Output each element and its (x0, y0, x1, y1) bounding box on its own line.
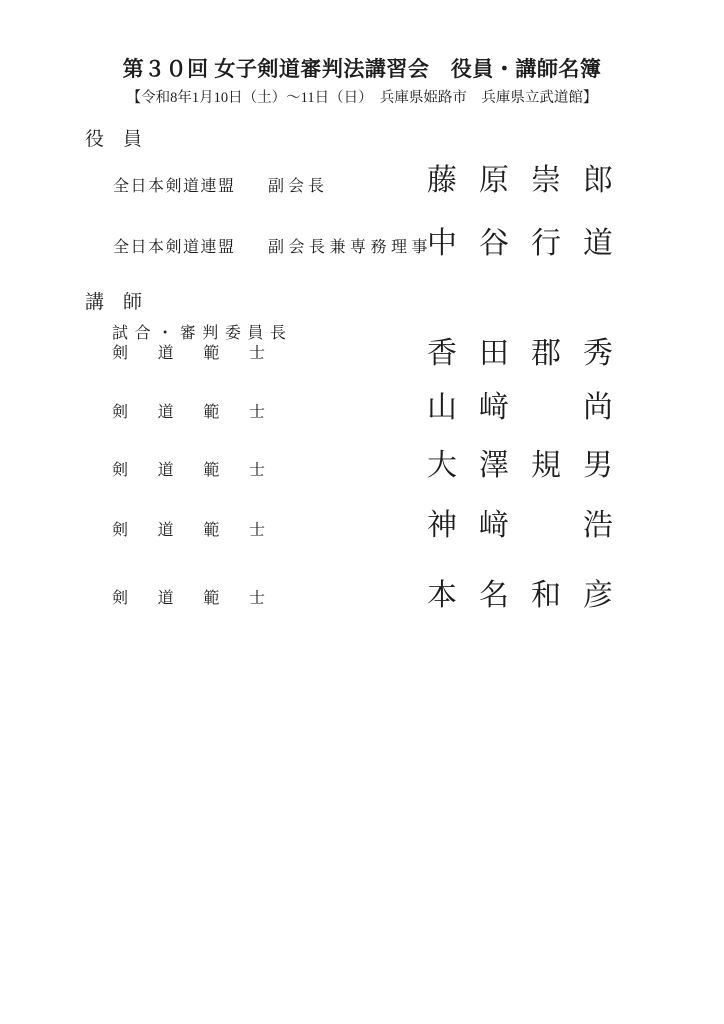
document-title: 第３０回 女子剣道審判法講習会 役員・講師名簿 (0, 59, 724, 80)
position-label: 副会長兼専務理事 (268, 240, 432, 256)
rank-label: 剣道範士 (112, 405, 265, 421)
rank-label: 剣道範士 (112, 591, 265, 607)
person-name: 香田郡秀 (427, 339, 613, 369)
organization-label: 全日本剣道連盟 (113, 179, 236, 195)
position-label: 副 会 長 (268, 179, 324, 195)
organization-label: 全日本剣道連盟 (113, 240, 236, 256)
person-name: 神﨑 浩 (427, 511, 613, 541)
rank-label: 剣道範士 (112, 346, 265, 362)
role-label: 試合・審判委員長 (112, 326, 286, 342)
person-name: 藤原崇郎 (427, 166, 613, 196)
person-name: 大澤規男 (427, 451, 613, 481)
document-subtitle: 【令和8年1月10日（土）～11日（日） 兵庫県姫路市 兵庫県立武道館】 (0, 91, 724, 106)
person-name: 中谷行道 (427, 229, 613, 259)
section-heading-officers: 役 員 (85, 130, 142, 149)
rank-label: 剣道範士 (112, 463, 265, 479)
section-heading-instructors: 講 師 (85, 293, 142, 312)
document-page: 第３０回 女子剣道審判法講習会 役員・講師名簿 【令和8年1月10日（土）～11… (0, 0, 724, 1024)
rank-label: 剣道範士 (112, 523, 265, 539)
person-name: 山﨑 尚 (427, 393, 613, 423)
person-name: 本名和彦 (427, 581, 613, 611)
